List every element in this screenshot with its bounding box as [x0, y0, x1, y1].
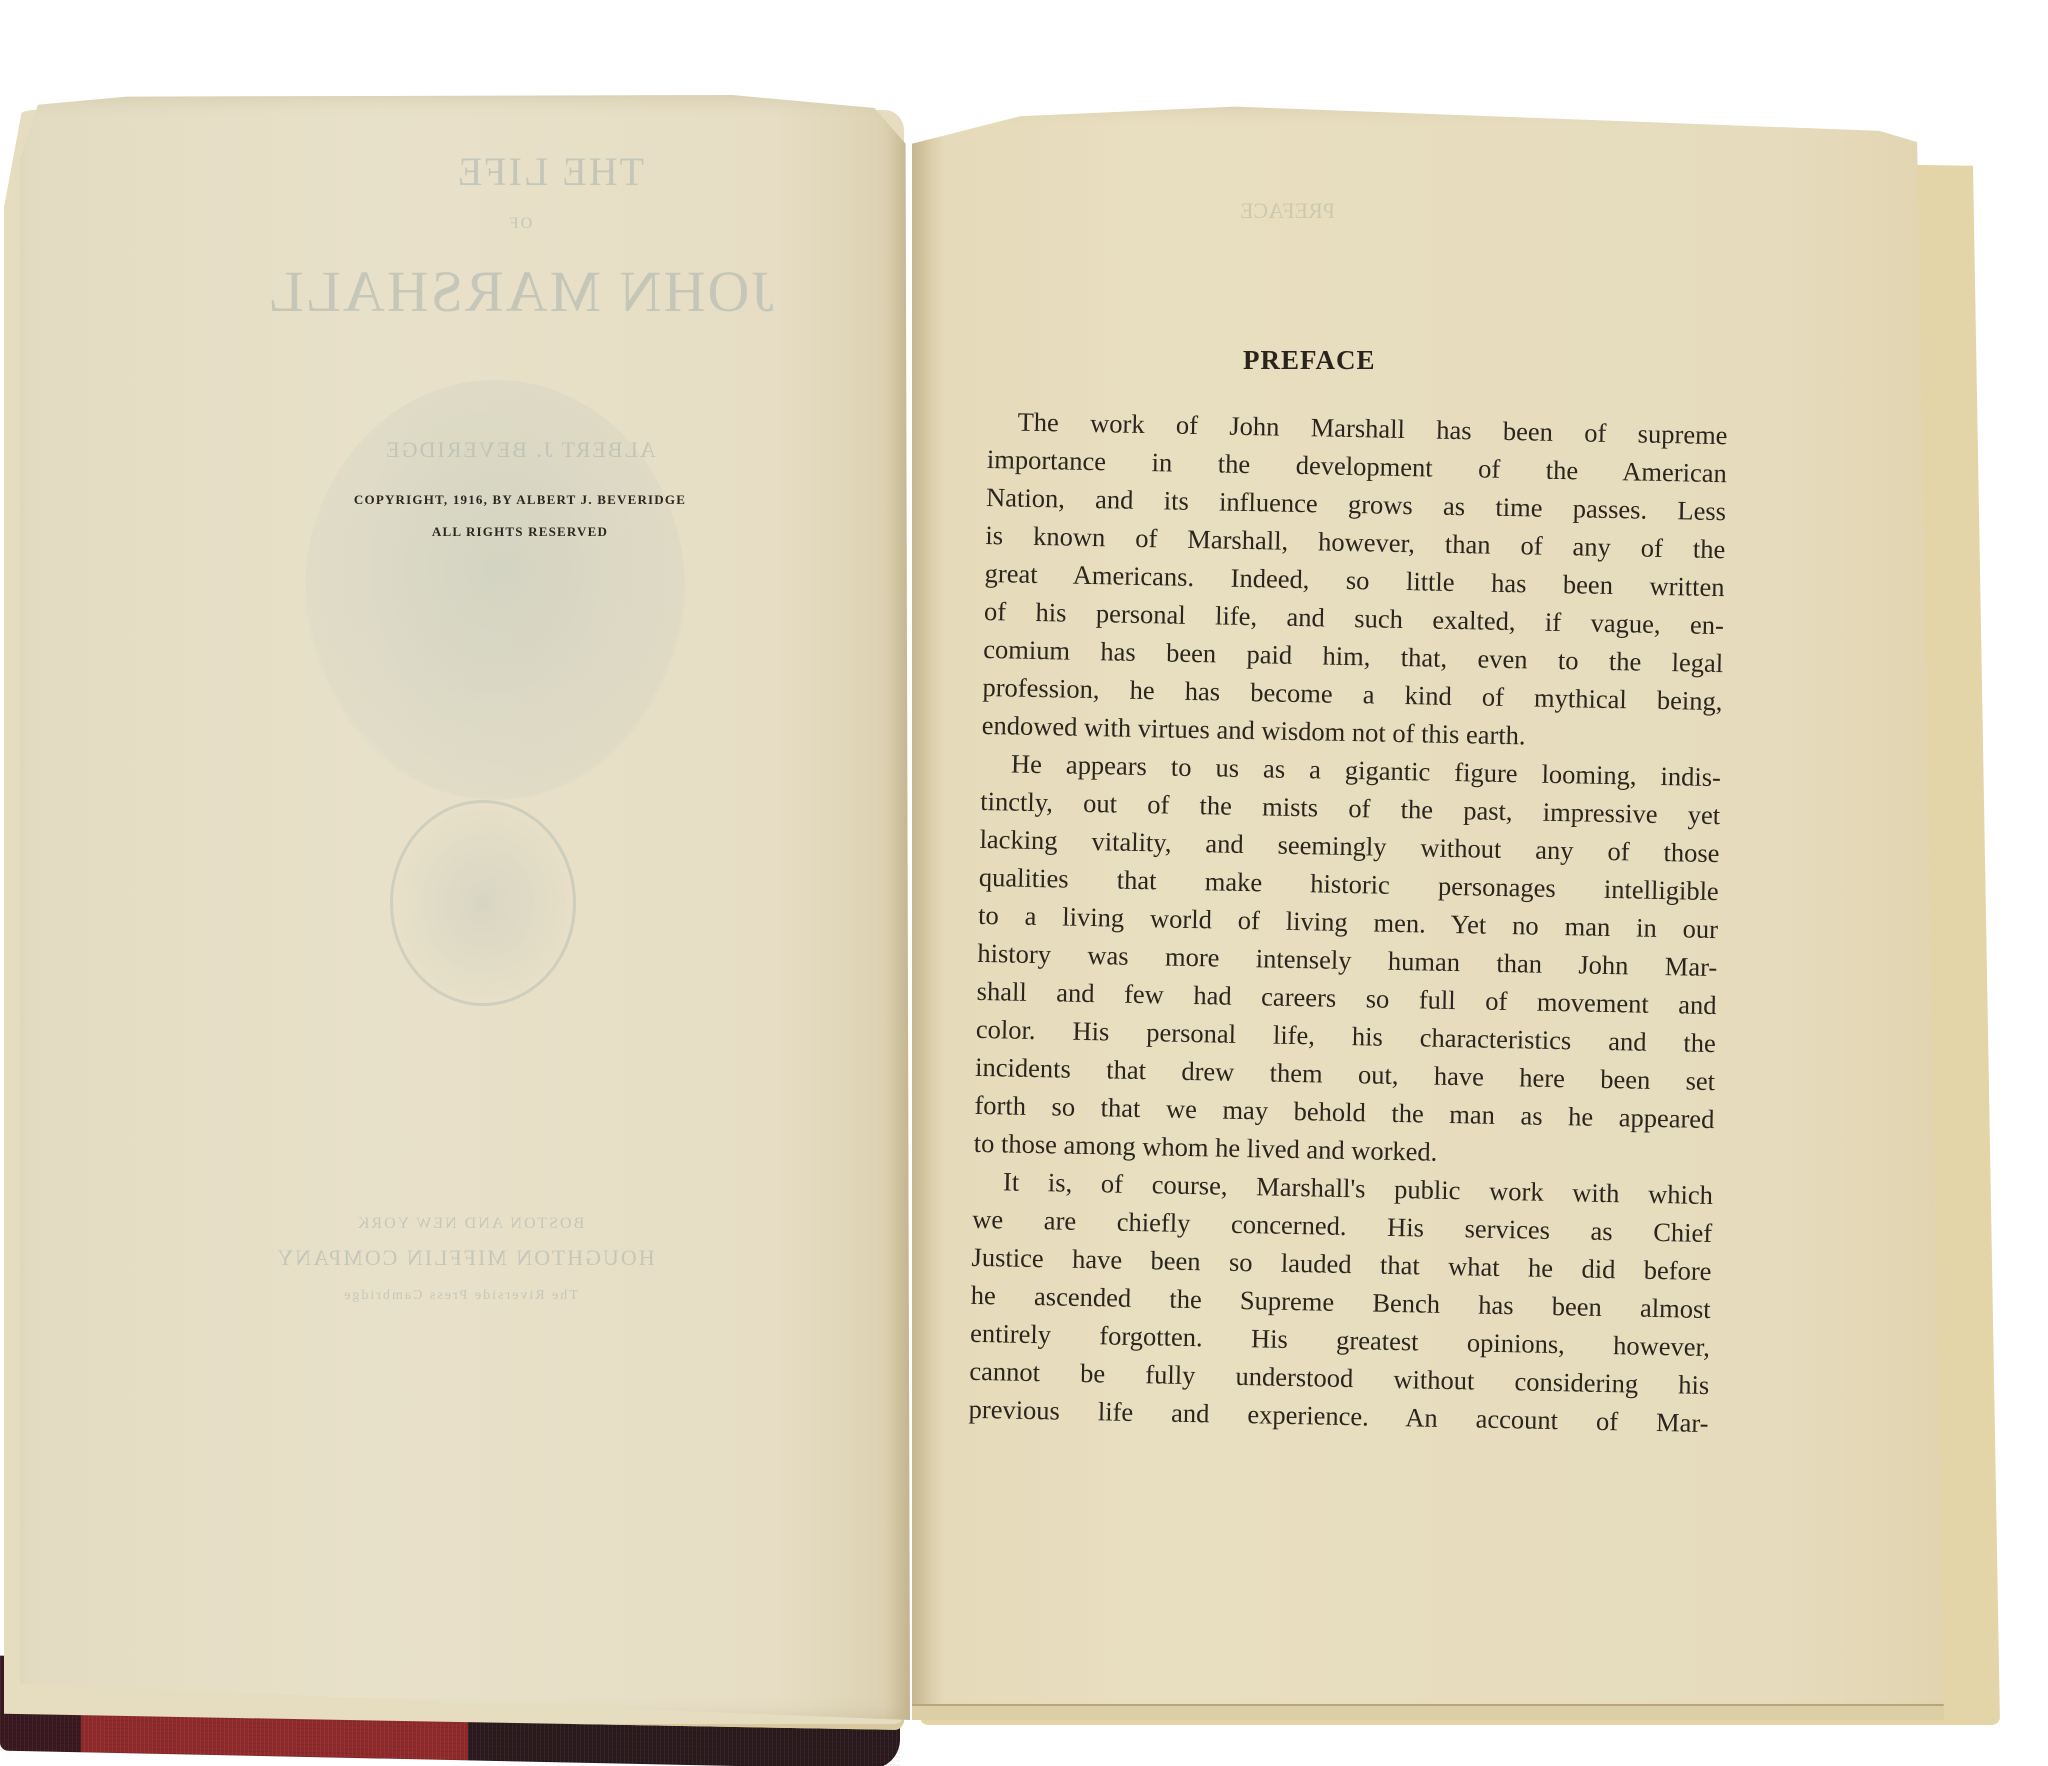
preface-heading: PREFACE	[1243, 345, 1376, 376]
preface-paragraph-2: He appears to us as a gigantic figure lo…	[973, 744, 1721, 1176]
show-through-title-line1: THE LIFE	[380, 148, 720, 195]
show-through-portrait	[305, 380, 685, 800]
preface-text: The work of John Marshall has been of su…	[968, 402, 1728, 1442]
preface-paragraph-1: The work of John Marshall has been of su…	[981, 402, 1727, 758]
show-through-publisher-city: BOSTON AND NEW YORK	[290, 1215, 650, 1233]
show-through-publisher-press: The Riverside Press Cambridge	[300, 1288, 620, 1304]
show-through-title-line2: JOHN MARSHALL	[200, 258, 840, 325]
show-through-title-of: OF	[470, 215, 570, 233]
copyright-notice: COPYRIGHT, 1916, BY ALBERT J. BEVERIDGE …	[330, 492, 710, 540]
rights-reserved-line: ALL RIGHTS RESERVED	[330, 524, 710, 540]
show-through-seal-emblem	[390, 800, 576, 1006]
preface-paragraph-3: It is, of course, Marshall's public work…	[968, 1162, 1713, 1442]
show-through-running-header: PREFACE	[1240, 198, 1335, 224]
open-book-photo: THE LIFE OF JOHN MARSHALL ALBERT J. BEVE…	[0, 0, 2048, 1766]
copyright-line: COPYRIGHT, 1916, BY ALBERT J. BEVERIDGE	[330, 492, 710, 508]
show-through-publisher-name: HOUGHTON MIFFLIN COMPANY	[230, 1245, 700, 1271]
